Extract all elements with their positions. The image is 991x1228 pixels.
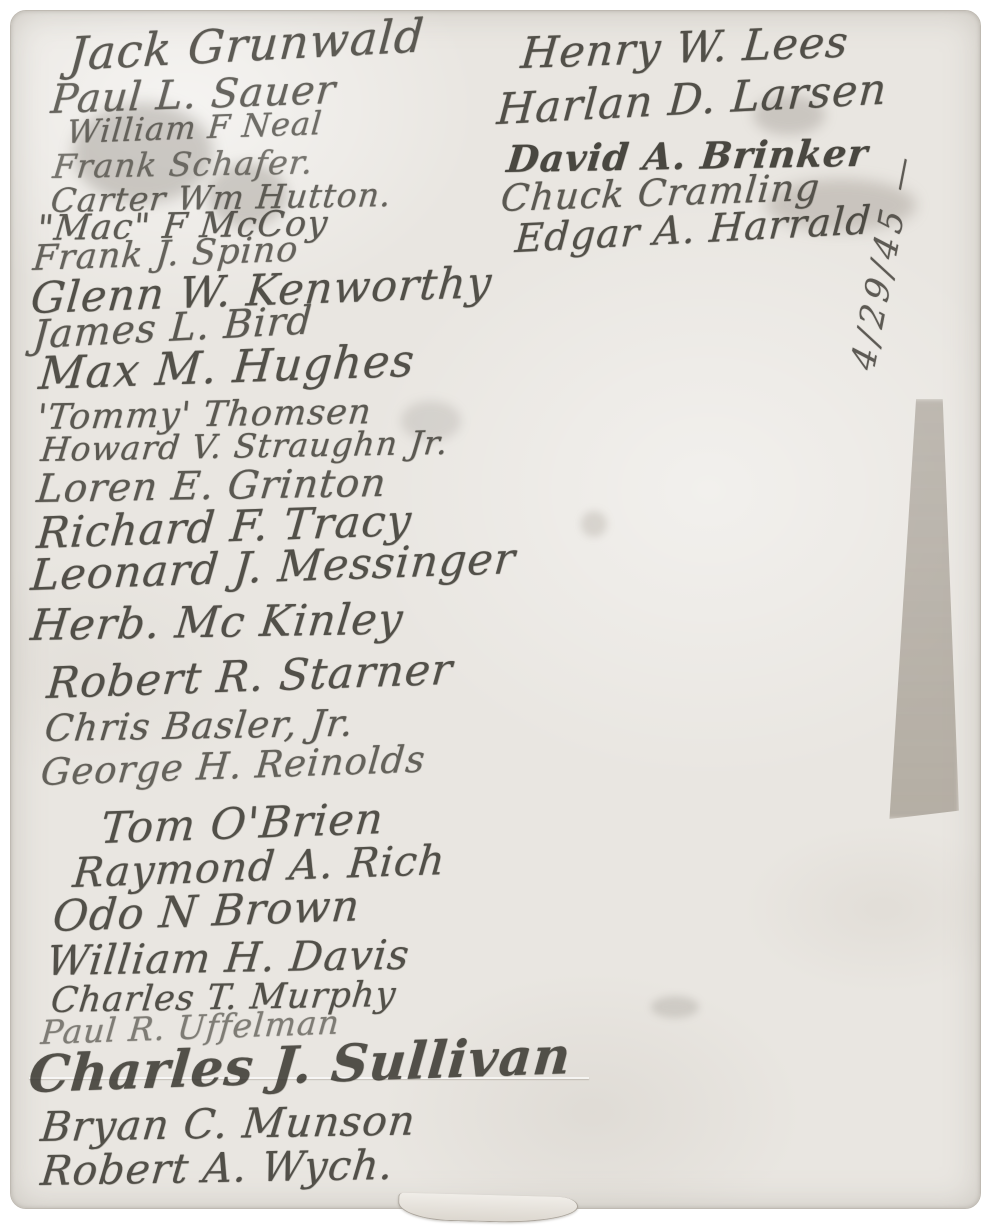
photo-back: Jack GrunwaldPaul L. SauerWilliam F Neal… xyxy=(10,10,981,1209)
torn-edge xyxy=(398,1193,579,1225)
scanned-page: Jack GrunwaldPaul L. SauerWilliam F Neal… xyxy=(0,0,991,1228)
signature-column-right: Henry W. LeesHarlan D. LarsenDavid A. Br… xyxy=(11,11,980,1208)
